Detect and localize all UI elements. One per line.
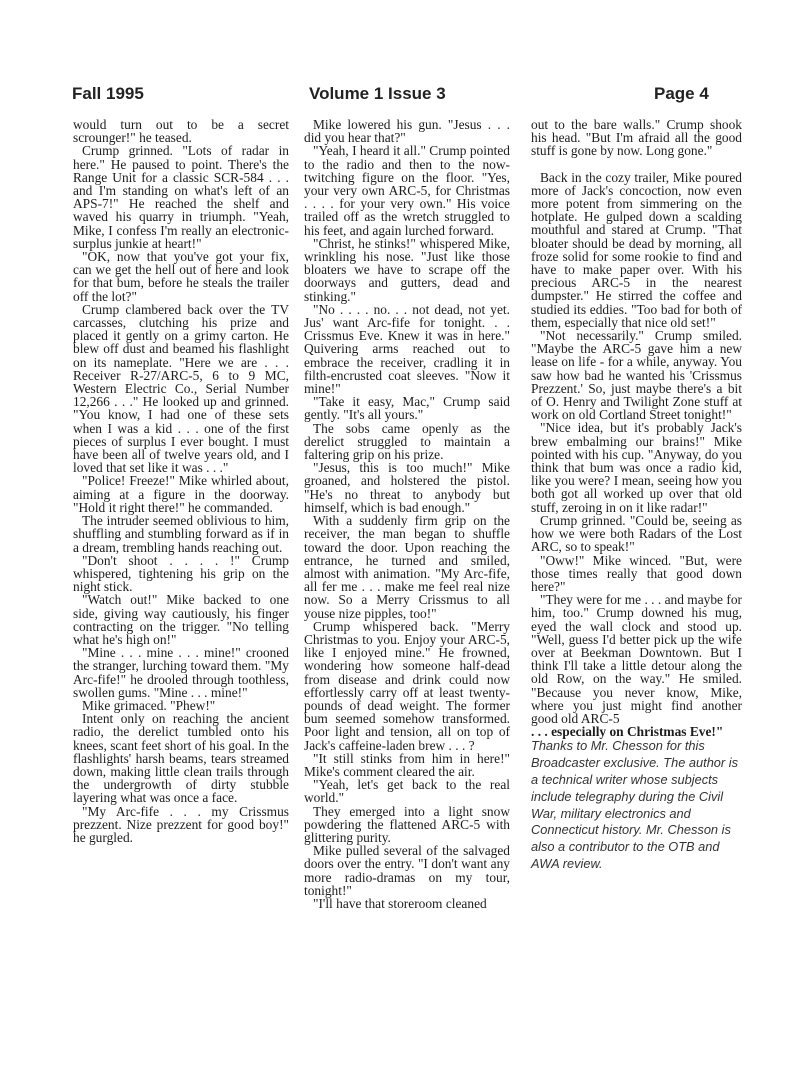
paragraph: "Nice idea, but it's probably Jack's bre… bbox=[531, 421, 742, 513]
paragraph: "Watch out!" Mike backed to one side, gi… bbox=[73, 593, 289, 646]
paragraph: "It still stinks from him in here!" Mike… bbox=[304, 752, 510, 778]
paragraph: "Yeah, let's get back to the real world.… bbox=[304, 778, 510, 804]
paragraph: "Mine . . . mine . . . mine!" crooned th… bbox=[73, 646, 289, 699]
paragraph: Mike lowered his gun. "Jesus . . . did y… bbox=[304, 118, 510, 144]
paragraph: would turn out to be a secret scrounger!… bbox=[73, 118, 289, 144]
paragraph: Intent only on reaching the ancient radi… bbox=[73, 712, 289, 804]
paragraph: "They were for me . . . and maybe for hi… bbox=[531, 593, 742, 725]
paragraph: "Christ, he stinks!" whispered Mike, wri… bbox=[304, 237, 510, 303]
paragraph: "Oww!" Mike winced. "But, were those tim… bbox=[531, 554, 742, 594]
paragraph: "Police! Freeze!" Mike whirled about, ai… bbox=[73, 474, 289, 514]
paragraph: "OK, now that you've got your fix, can w… bbox=[73, 250, 289, 303]
paragraph: The sobs came openly as the derelict str… bbox=[304, 422, 510, 462]
paragraph: They emerged into a light snow powdering… bbox=[304, 805, 510, 845]
paragraph: "Don't shoot . . . . !" Crump whispered,… bbox=[73, 554, 289, 594]
closing-line: . . . especially on Christmas Eve!" bbox=[531, 725, 742, 738]
paragraph: Mike pulled several of the salvaged door… bbox=[304, 844, 510, 897]
column-2: Mike lowered his gun. "Jesus . . . did y… bbox=[304, 118, 510, 910]
paragraph: "I'll have that storeroom cleaned bbox=[304, 897, 510, 910]
paragraph: The intruder seemed oblivious to him, sh… bbox=[73, 514, 289, 554]
author-note: Thanks to Mr. Chesson for this Broadcast… bbox=[531, 738, 742, 872]
paragraph: Crump clambered back over the TV carcass… bbox=[73, 303, 289, 475]
issue-season: Fall 1995 bbox=[72, 84, 144, 104]
column-3: out to the bare walls." Crump shook his … bbox=[531, 118, 742, 873]
paragraph: "Yeah, I heard it all." Crump pointed to… bbox=[304, 144, 510, 236]
issue-volume: Volume 1 Issue 3 bbox=[309, 84, 446, 104]
paragraph: "Not necessarily." Crump smiled. "Maybe … bbox=[531, 329, 742, 421]
paragraph: "No . . . . no. . . not dead, not yet. J… bbox=[304, 303, 510, 395]
paragraph: "Take it easy, Mac," Crump said gently. … bbox=[304, 395, 510, 421]
paragraph: "Jesus, this is too much!" Mike groaned,… bbox=[304, 461, 510, 514]
paragraph: Crump grinned. "Lots of radar in here." … bbox=[73, 144, 289, 250]
paragraph: With a suddenly firm grip on the receive… bbox=[304, 514, 510, 620]
paragraph: Back in the cozy trailer, Mike poured mo… bbox=[531, 171, 742, 329]
page-number: Page 4 bbox=[654, 84, 709, 104]
page-header: Fall 1995 Volume 1 Issue 3 Page 4 bbox=[68, 84, 738, 108]
column-1: would turn out to be a secret scrounger!… bbox=[73, 118, 289, 844]
paragraph: "My Arc-fife . . . my Crissmus prezzent.… bbox=[73, 805, 289, 845]
paragraph: Crump grinned. "Could be, seeing as how … bbox=[531, 514, 742, 554]
paragraph: out to the bare walls." Crump shook his … bbox=[531, 118, 742, 158]
paragraph: Crump whispered back. "Merry Christmas t… bbox=[304, 620, 510, 752]
